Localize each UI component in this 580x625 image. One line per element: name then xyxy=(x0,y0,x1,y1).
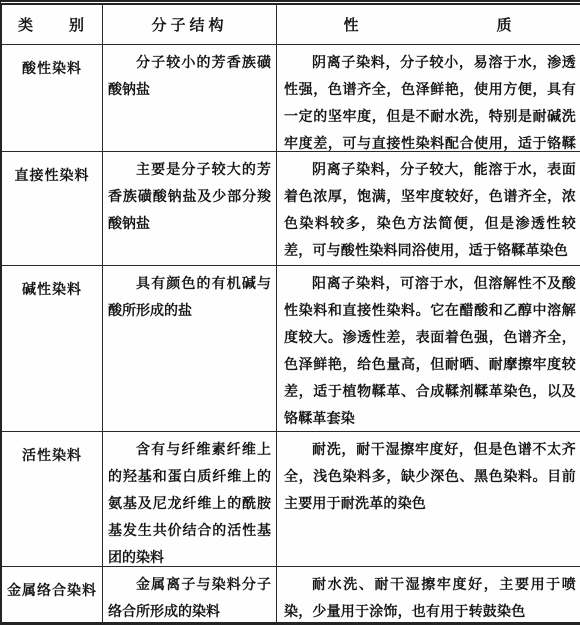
header-category: 类 别 xyxy=(2,5,103,45)
row-properties-acid: 阴离子染料，分子较小，易溶于水，渗透性强，色谱齐全，色泽鲜艳，使用方便，具有一定… xyxy=(277,45,580,152)
header-structure: 分子结构 xyxy=(103,5,277,45)
row-properties-metal-complex: 耐水洗、耐干湿擦牢度好，主要用于喷染，少量用于涂饰，也有用于转鼓染色 xyxy=(277,567,580,622)
row-structure-direct: 主要是分子较大的芳香族磺酸钠盐及少部分羧酸钠盐 xyxy=(103,152,277,266)
row-structure-metal-complex: 金属离子与染料分子络合所形成的染料 xyxy=(103,567,277,622)
row-category-metal-complex: 金属络合染料 xyxy=(2,567,103,622)
row-category-direct: 直接性染料 xyxy=(2,152,103,266)
row-properties-direct: 阴离子染料，分子较大，能溶于水，表面着色浓厚，饱满，坚牢度较好，色谱齐全，浓色染… xyxy=(277,152,580,266)
row-structure-acid: 分子较小的芳香族磺酸钠盐 xyxy=(103,45,277,152)
row-category-basic: 碱性染料 xyxy=(2,266,103,432)
row-structure-reactive: 含有与纤维素纤维上的羟基和蛋白质纤维上的氨基及尼龙纤维上的酰胺基发生共价结合的活… xyxy=(103,432,277,567)
row-category-acid: 酸性染料 xyxy=(2,45,103,152)
row-structure-basic: 具有颜色的有机碱与酸所形成的盐 xyxy=(103,266,277,432)
row-properties-reactive: 耐洗，耐干湿擦牢度好，但是色谱不太齐全，浅色染料多，缺少深色、黑色染料。目前主要… xyxy=(277,432,580,567)
row-category-reactive: 活性染料 xyxy=(2,432,103,567)
row-properties-basic: 阳离子染料，可溶于水，但溶解性不及酸性染料和直接性染料。它在醋酸和乙醇中溶解度较… xyxy=(277,266,580,432)
dye-types-table: 类 别 分子结构 性 质 酸性染料 分子较小的芳香族磺酸钠盐 阴离子染料，分子较… xyxy=(0,0,580,625)
header-properties: 性 质 xyxy=(277,5,580,45)
